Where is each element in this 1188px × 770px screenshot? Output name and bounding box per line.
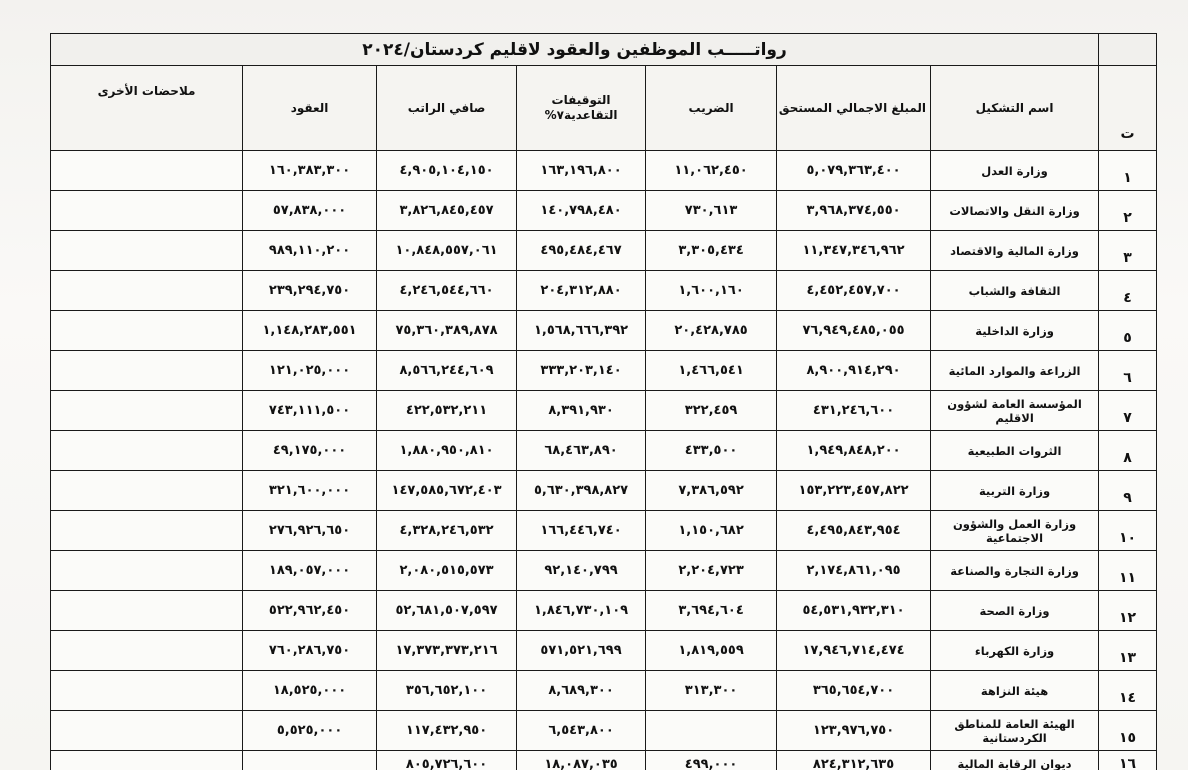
row-notes	[51, 711, 243, 751]
row-net-salary: ٥٢,٦٨١,٥٠٧,٥٩٧	[377, 591, 517, 631]
header-pension: التوقيفات التقاعدية٧%	[517, 66, 646, 151]
row-net-salary: ٧٥,٣٦٠,٣٨٩,٨٧٨	[377, 311, 517, 351]
row-entity-name: المؤسسة العامة لشؤون الاقليم	[931, 391, 1099, 431]
row-contracts: ٢٣٩,٢٩٤,٧٥٠	[243, 271, 377, 311]
row-tax: ٢,٢٠٤,٧٢٣	[646, 551, 777, 591]
row-entity-name: وزارة الصحة	[931, 591, 1099, 631]
row-pension-deduction: ٨,٣٩١,٩٣٠	[517, 391, 646, 431]
row-pension-deduction: ١٨,٠٨٧,٠٣٥	[517, 751, 646, 770]
row-serial: ٤	[1099, 271, 1157, 311]
row-serial: ١٠	[1099, 511, 1157, 551]
row-net-salary: ١٠,٨٤٨,٥٥٧,٠٦١	[377, 231, 517, 271]
row-tax: ١,٦٠٠,١٦٠	[646, 271, 777, 311]
row-gross-amount: ١,٩٤٩,٨٤٨,٢٠٠	[777, 431, 931, 471]
row-net-salary: ٣,٨٢٦,٨٤٥,٤٥٧	[377, 191, 517, 231]
row-net-salary: ٨٠٥,٧٢٦,٦٠٠	[377, 751, 517, 770]
row-contracts: ٥,٥٢٥,٠٠٠	[243, 711, 377, 751]
table-row: ٩وزارة التربية١٥٣,٢٢٣,٤٥٧,٨٢٢٧,٣٨٦,٥٩٢٥,…	[51, 471, 1157, 511]
row-tax: ٢٠,٤٢٨,٧٨٥	[646, 311, 777, 351]
row-entity-name: ديوان الرقابة المالية	[931, 751, 1099, 770]
row-net-salary: ٨,٥٦٦,٢٤٤,٦٠٩	[377, 351, 517, 391]
row-pension-deduction: ١,٨٤٦,٧٣٠,١٠٩	[517, 591, 646, 631]
row-entity-name: وزارة الكهرباء	[931, 631, 1099, 671]
row-contracts: ٧٦٠,٢٨٦,٧٥٠	[243, 631, 377, 671]
header-row: ت اسم التشكيل المبلغ الاجمالي المستحق ال…	[51, 66, 1157, 151]
row-gross-amount: ١٧,٩٤٦,٧١٤,٤٧٤	[777, 631, 931, 671]
row-contracts: ١,١٤٨,٢٨٣,٥٥١	[243, 311, 377, 351]
scanned-paper: رواتـــــب الموظفين والعقود لاقليم كردست…	[0, 0, 1188, 770]
header-entity: اسم التشكيل	[931, 66, 1099, 151]
header-serial: ت	[1099, 66, 1157, 151]
row-serial: ٧	[1099, 391, 1157, 431]
row-pension-deduction: ٩٢,١٤٠,٧٩٩	[517, 551, 646, 591]
row-gross-amount: ٤٣١,٢٤٦,٦٠٠	[777, 391, 931, 431]
row-notes	[51, 551, 243, 591]
row-serial: ١٤	[1099, 671, 1157, 711]
row-pension-deduction: ٣٣٣,٢٠٣,١٤٠	[517, 351, 646, 391]
row-serial: ١٢	[1099, 591, 1157, 631]
table-row: ١٦ديوان الرقابة المالية٨٢٤,٣١٢,٦٣٥٤٩٩,٠٠…	[51, 751, 1157, 770]
row-gross-amount: ٥,٠٧٩,٣٦٣,٤٠٠	[777, 151, 931, 191]
row-entity-name: وزارة التجارة والصناعة	[931, 551, 1099, 591]
row-contracts: ٤٩,١٧٥,٠٠٠	[243, 431, 377, 471]
row-contracts: ٩٨٩,١١٠,٢٠٠	[243, 231, 377, 271]
row-net-salary: ٤,٩٠٥,١٠٤,١٥٠	[377, 151, 517, 191]
row-notes	[51, 151, 243, 191]
table-row: ١٠وزارة العمل والشؤون الاجتماعية٤,٤٩٥,٨٤…	[51, 511, 1157, 551]
row-serial: ١٣	[1099, 631, 1157, 671]
row-notes	[51, 631, 243, 671]
title-row: رواتـــــب الموظفين والعقود لاقليم كردست…	[51, 34, 1157, 66]
row-serial: ٦	[1099, 351, 1157, 391]
row-pension-deduction: ٦٨,٤٦٣,٨٩٠	[517, 431, 646, 471]
row-entity-name: وزارة العدل	[931, 151, 1099, 191]
row-gross-amount: ١٥٣,٢٢٣,٤٥٧,٨٢٢	[777, 471, 931, 511]
row-pension-deduction: ١٦٣,١٩٦,٨٠٠	[517, 151, 646, 191]
row-notes	[51, 471, 243, 511]
table-row: ٤الثقافة والشباب٤,٤٥٢,٤٥٧,٧٠٠١,٦٠٠,١٦٠٢٠…	[51, 271, 1157, 311]
row-gross-amount: ٣٦٥,٦٥٤,٧٠٠	[777, 671, 931, 711]
row-net-salary: ١١٧,٤٣٢,٩٥٠	[377, 711, 517, 751]
title-blank-cell	[1099, 34, 1157, 66]
table-row: ٥وزارة الداخلية٧٦,٩٤٩,٤٨٥,٠٥٥٢٠,٤٢٨,٧٨٥١…	[51, 311, 1157, 351]
row-pension-deduction: ٨,٦٨٩,٣٠٠	[517, 671, 646, 711]
row-tax: ٣,٣٠٥,٤٣٤	[646, 231, 777, 271]
row-contracts: ٣٢١,٦٠٠,٠٠٠	[243, 471, 377, 511]
row-entity-name: الهيئة العامة للمناطق الكردستانية	[931, 711, 1099, 751]
row-entity-name: وزارة النقل والاتصالات	[931, 191, 1099, 231]
row-entity-name: الثقافة والشباب	[931, 271, 1099, 311]
row-pension-deduction: ٥٧١,٥٢١,٦٩٩	[517, 631, 646, 671]
row-notes	[51, 751, 243, 770]
row-notes	[51, 671, 243, 711]
row-contracts: ٧٤٣,١١١,٥٠٠	[243, 391, 377, 431]
table-row: ١وزارة العدل٥,٠٧٩,٣٦٣,٤٠٠١١,٠٦٢,٤٥٠١٦٣,١…	[51, 151, 1157, 191]
table-row: ١٣وزارة الكهرباء١٧,٩٤٦,٧١٤,٤٧٤١,٨١٩,٥٥٩٥…	[51, 631, 1157, 671]
table-row: ٢وزارة النقل والاتصالات٣,٩٦٨,٣٧٤,٥٥٠٧٣٠,…	[51, 191, 1157, 231]
row-pension-deduction: ٥,٦٣٠,٣٩٨,٨٢٧	[517, 471, 646, 511]
table-row: ٧المؤسسة العامة لشؤون الاقليم٤٣١,٢٤٦,٦٠٠…	[51, 391, 1157, 431]
row-entity-name: هيئة النزاهة	[931, 671, 1099, 711]
row-tax	[646, 711, 777, 751]
row-gross-amount: ١١,٣٤٧,٣٤٦,٩٦٢	[777, 231, 931, 271]
row-entity-name: وزارة التربية	[931, 471, 1099, 511]
row-pension-deduction: ٦,٥٤٣,٨٠٠	[517, 711, 646, 751]
row-net-salary: ٣٥٦,٦٥٢,١٠٠	[377, 671, 517, 711]
row-serial: ٥	[1099, 311, 1157, 351]
row-net-salary: ١٧,٣٧٣,٣٧٣,٢١٦	[377, 631, 517, 671]
row-notes	[51, 391, 243, 431]
row-tax: ٧٣٠,٦١٣	[646, 191, 777, 231]
header-contracts: العقود	[243, 66, 377, 151]
row-entity-name: وزارة العمل والشؤون الاجتماعية	[931, 511, 1099, 551]
row-gross-amount: ٣,٩٦٨,٣٧٤,٥٥٠	[777, 191, 931, 231]
row-tax: ٤٩٩,٠٠٠	[646, 751, 777, 770]
row-serial: ١٥	[1099, 711, 1157, 751]
row-gross-amount: ٨,٩٠٠,٩١٤,٢٩٠	[777, 351, 931, 391]
table-row: ١٥الهيئة العامة للمناطق الكردستانية١٢٣,٩…	[51, 711, 1157, 751]
row-notes	[51, 271, 243, 311]
row-contracts	[243, 751, 377, 770]
table-row: ١٤هيئة النزاهة٣٦٥,٦٥٤,٧٠٠٣١٣,٣٠٠٨,٦٨٩,٣٠…	[51, 671, 1157, 711]
salary-table: رواتـــــب الموظفين والعقود لاقليم كردست…	[50, 33, 1157, 770]
header-gross: المبلغ الاجمالي المستحق	[777, 66, 931, 151]
row-net-salary: ١٤٧,٥٨٥,٦٧٢,٤٠٣	[377, 471, 517, 511]
row-contracts: ٢٧٦,٩٢٦,٦٥٠	[243, 511, 377, 551]
row-entity-name: الزراعة والموارد المائية	[931, 351, 1099, 391]
row-net-salary: ٤٢٢,٥٣٢,٢١١	[377, 391, 517, 431]
row-pension-deduction: ٢٠٤,٣١٢,٨٨٠	[517, 271, 646, 311]
row-gross-amount: ١٢٣,٩٧٦,٧٥٠	[777, 711, 931, 751]
row-serial: ١٦	[1099, 751, 1157, 770]
row-contracts: ١٢١,٠٢٥,٠٠٠	[243, 351, 377, 391]
row-entity-name: الثروات الطبيعية	[931, 431, 1099, 471]
row-contracts: ٥٢٢,٩٦٢,٤٥٠	[243, 591, 377, 631]
row-serial: ١	[1099, 151, 1157, 191]
table-row: ١١وزارة التجارة والصناعة٢,١٧٤,٨٦١,٠٩٥٢,٢…	[51, 551, 1157, 591]
row-serial: ٣	[1099, 231, 1157, 271]
row-tax: ٣٢٢,٤٥٩	[646, 391, 777, 431]
table-row: ٣وزارة المالية والاقتصاد١١,٣٤٧,٣٤٦,٩٦٢٣,…	[51, 231, 1157, 271]
row-serial: ٨	[1099, 431, 1157, 471]
row-pension-deduction: ٤٩٥,٤٨٤,٤٦٧	[517, 231, 646, 271]
row-gross-amount: ٨٢٤,٣١٢,٦٣٥	[777, 751, 931, 770]
row-pension-deduction: ١٦٦,٤٤٦,٧٤٠	[517, 511, 646, 551]
row-net-salary: ٤,٣٢٨,٢٤٦,٥٣٢	[377, 511, 517, 551]
row-net-salary: ٤,٢٤٦,٥٤٤,٦٦٠	[377, 271, 517, 311]
document-title: رواتـــــب الموظفين والعقود لاقليم كردست…	[51, 34, 1099, 66]
row-pension-deduction: ١٤٠,٧٩٨,٤٨٠	[517, 191, 646, 231]
row-tax: ١,٤٦٦,٥٤١	[646, 351, 777, 391]
row-serial: ٩	[1099, 471, 1157, 511]
row-notes	[51, 591, 243, 631]
row-tax: ١١,٠٦٢,٤٥٠	[646, 151, 777, 191]
header-notes: ملاحضات الأخرى	[51, 66, 243, 151]
row-notes	[51, 231, 243, 271]
header-net: صافي الراتب	[377, 66, 517, 151]
row-entity-name: وزارة المالية والاقتصاد	[931, 231, 1099, 271]
row-notes	[51, 191, 243, 231]
row-serial: ١١	[1099, 551, 1157, 591]
row-tax: ١,٨١٩,٥٥٩	[646, 631, 777, 671]
row-gross-amount: ٤,٤٩٥,٨٤٣,٩٥٤	[777, 511, 931, 551]
row-entity-name: وزارة الداخلية	[931, 311, 1099, 351]
row-gross-amount: ٧٦,٩٤٩,٤٨٥,٠٥٥	[777, 311, 931, 351]
row-pension-deduction: ١,٥٦٨,٦٦٦,٣٩٢	[517, 311, 646, 351]
row-gross-amount: ٤,٤٥٢,٤٥٧,٧٠٠	[777, 271, 931, 311]
row-notes	[51, 351, 243, 391]
row-notes	[51, 311, 243, 351]
row-contracts: ١٨,٥٢٥,٠٠٠	[243, 671, 377, 711]
row-tax: ٤٣٣,٥٠٠	[646, 431, 777, 471]
table-row: ٦الزراعة والموارد المائية٨,٩٠٠,٩١٤,٢٩٠١,…	[51, 351, 1157, 391]
row-contracts: ٥٧,٨٣٨,٠٠٠	[243, 191, 377, 231]
row-contracts: ١٦٠,٣٨٣,٣٠٠	[243, 151, 377, 191]
row-gross-amount: ٢,١٧٤,٨٦١,٠٩٥	[777, 551, 931, 591]
row-notes	[51, 511, 243, 551]
row-net-salary: ١,٨٨٠,٩٥٠,٨١٠	[377, 431, 517, 471]
row-tax: ٣١٣,٣٠٠	[646, 671, 777, 711]
header-tax: الضريب	[646, 66, 777, 151]
row-tax: ٣,٦٩٤,٦٠٤	[646, 591, 777, 631]
row-notes	[51, 431, 243, 471]
row-serial: ٢	[1099, 191, 1157, 231]
row-contracts: ١٨٩,٠٥٧,٠٠٠	[243, 551, 377, 591]
row-tax: ٧,٣٨٦,٥٩٢	[646, 471, 777, 511]
row-tax: ١,١٥٠,٦٨٢	[646, 511, 777, 551]
row-gross-amount: ٥٤,٥٣١,٩٣٢,٣١٠	[777, 591, 931, 631]
row-net-salary: ٢,٠٨٠,٥١٥,٥٧٣	[377, 551, 517, 591]
table-row: ١٢وزارة الصحة٥٤,٥٣١,٩٣٢,٣١٠٣,٦٩٤,٦٠٤١,٨٤…	[51, 591, 1157, 631]
table-row: ٨الثروات الطبيعية١,٩٤٩,٨٤٨,٢٠٠٤٣٣,٥٠٠٦٨,…	[51, 431, 1157, 471]
